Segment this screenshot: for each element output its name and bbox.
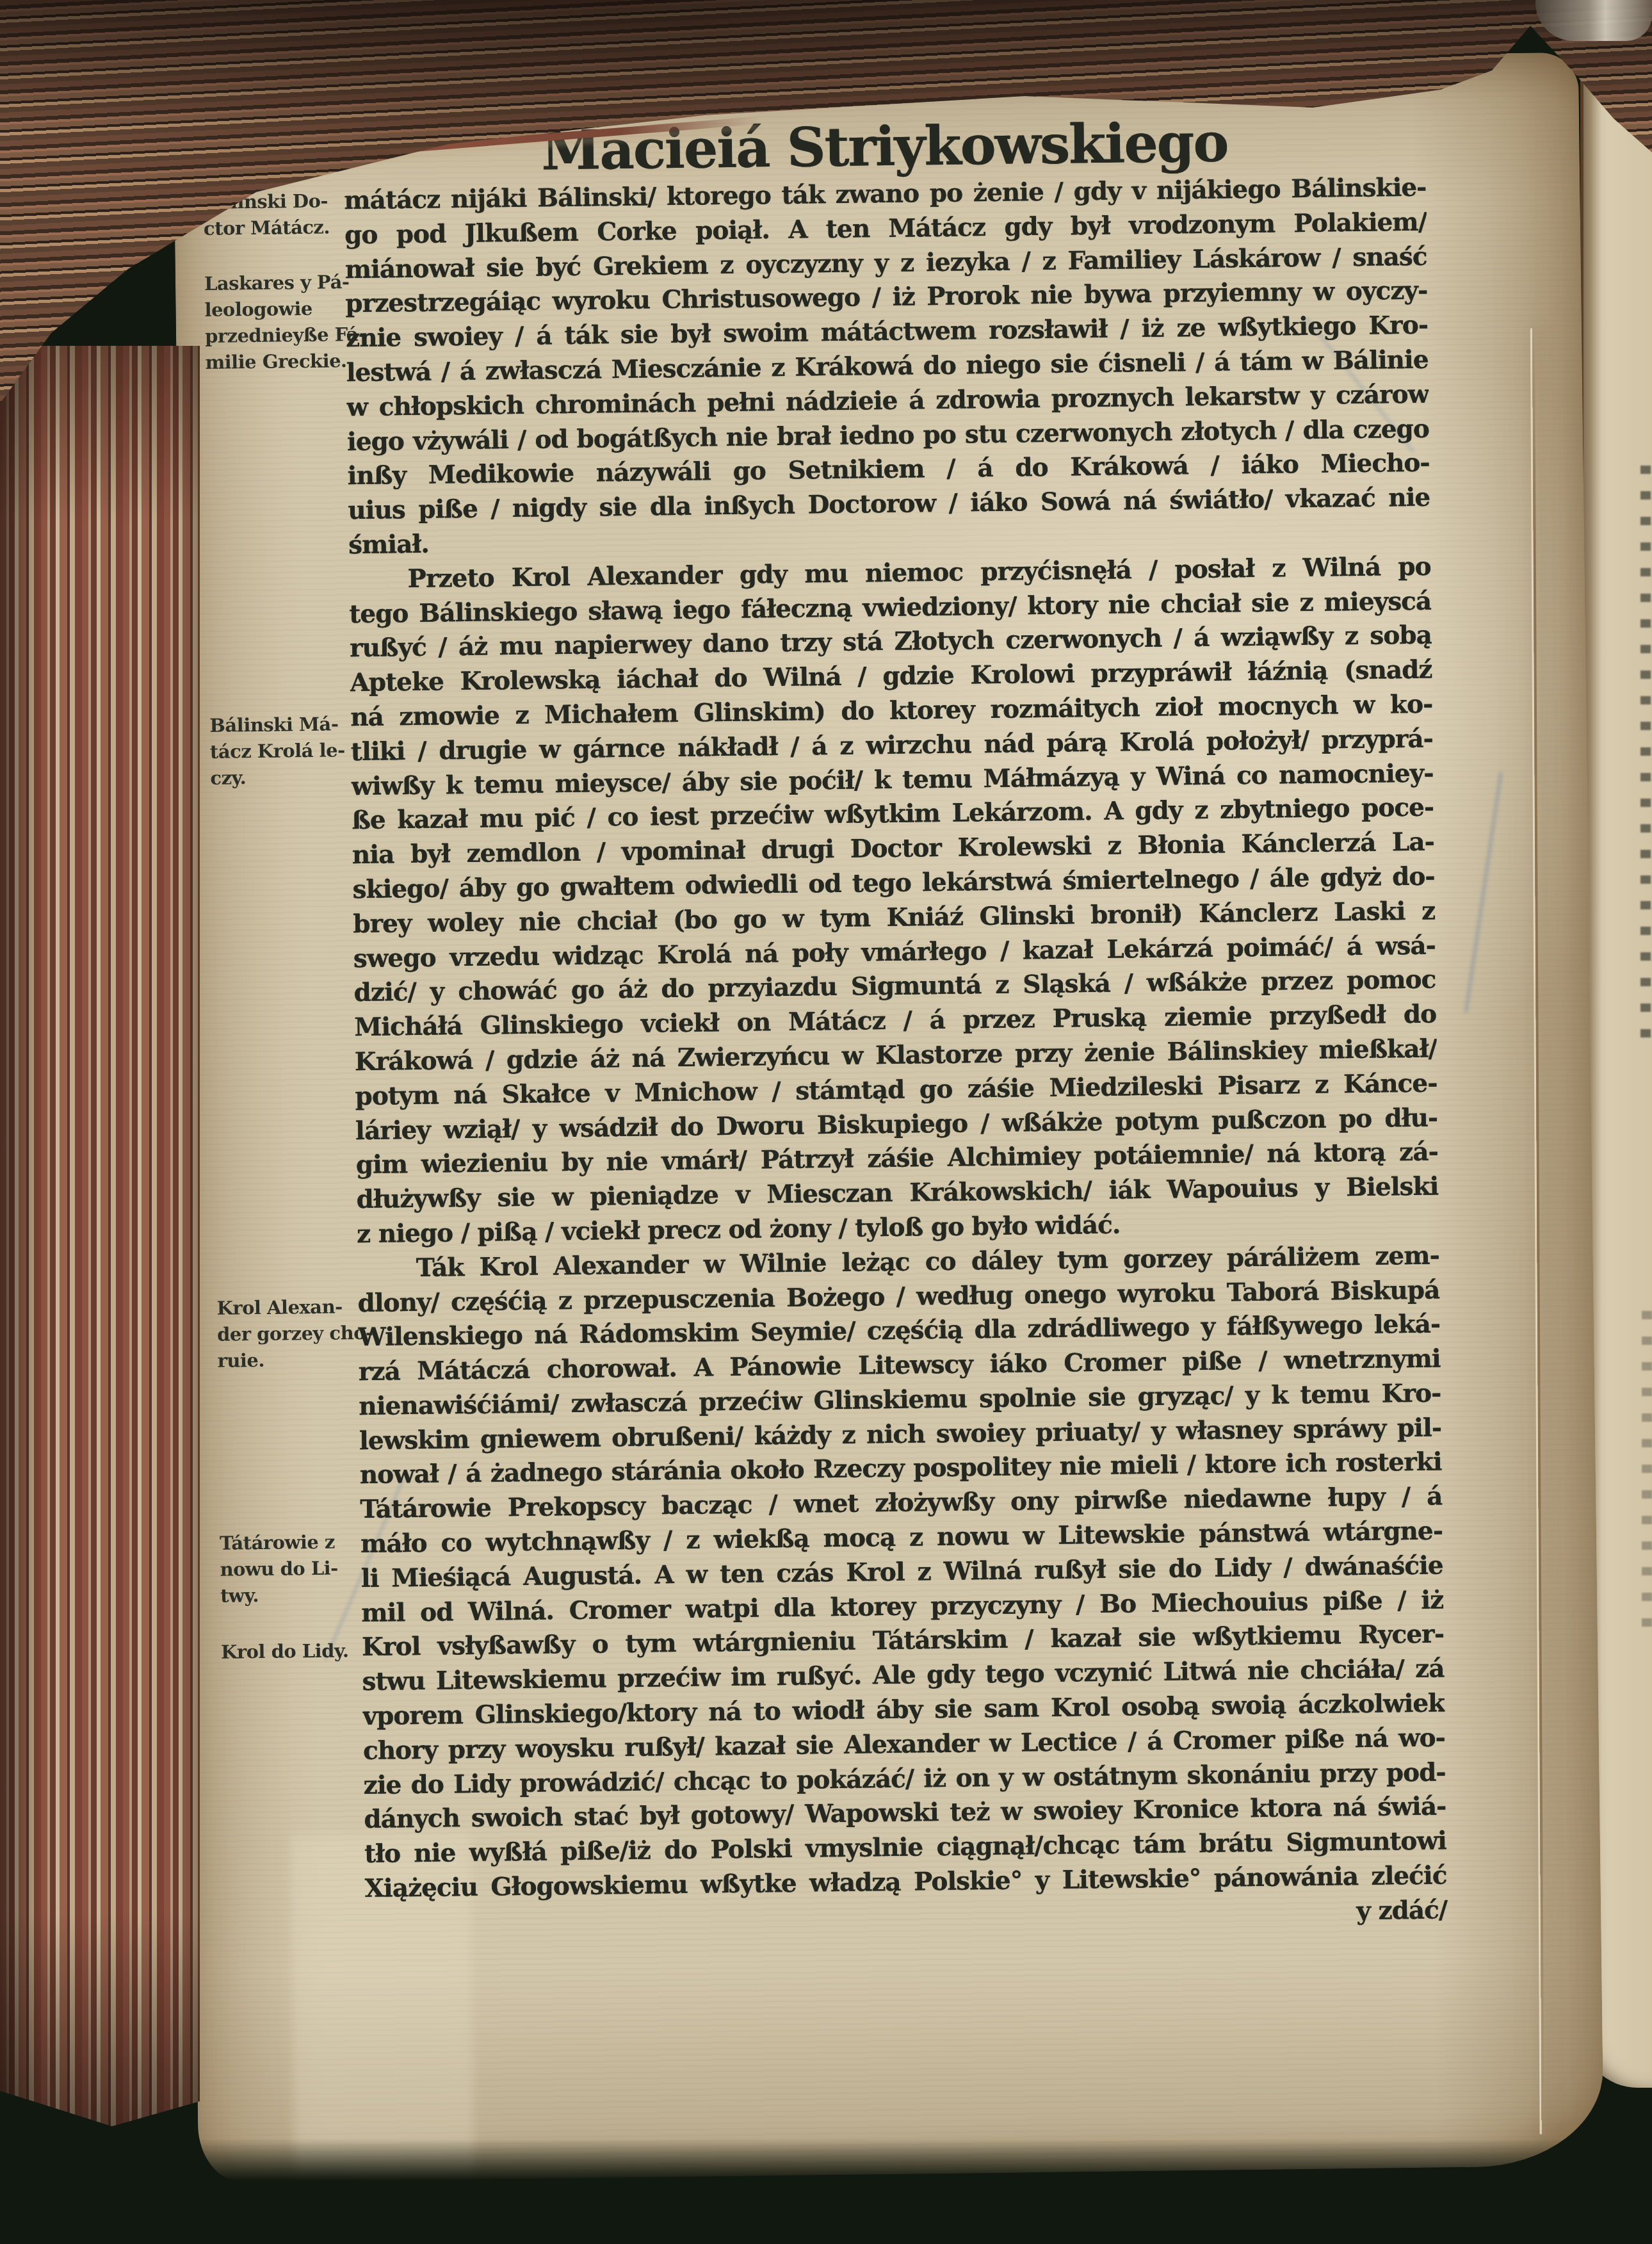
margin-note-line: nowu do Li-	[220, 1555, 360, 1583]
margin-note-line: Bálinski Má-	[209, 711, 350, 739]
margin-note-line: Laskares y Pá-	[204, 269, 345, 297]
facing-page-text-showthrough	[1642, 1306, 1652, 1627]
book-headband	[1535, 0, 1652, 41]
margin-note-line: Tátárowie z	[220, 1529, 360, 1557]
facing-page-text-showthrough	[1640, 461, 1651, 1037]
margin-note-line: przednieyße Fá-	[205, 321, 346, 350]
margin-note-line: Krol do Lidy.	[221, 1638, 362, 1666]
margin-note: Bálinski Má-tácz Krolá le-czy.	[209, 711, 351, 792]
page-crease	[1532, 329, 1544, 2134]
margin-note-line: milie Greckie.	[205, 348, 346, 376]
margin-note-line: ruie.	[217, 1346, 358, 1374]
book-page: Macieiá Striykowskiego 698. Macieiá Stri…	[173, 53, 1604, 2183]
margin-note-line: twy.	[220, 1581, 361, 1609]
margin-note-line: ctor Mátácz.	[204, 214, 344, 242]
margin-note-line: czy.	[210, 763, 351, 792]
book-left-edge-stack	[0, 346, 200, 2126]
margin-note: Krol Alexan-der gorzey cho-ruie.	[216, 1294, 358, 1374]
book-photo-scene: Macieiá Striykowskiego 698. Macieiá Stri…	[0, 0, 1652, 2244]
margin-note: Krol do Lidy.	[221, 1638, 362, 1666]
background-shadow	[0, 2139, 1652, 2244]
margin-note: Laskares y Pá-leologowieprzednieyße Fá-m…	[204, 269, 346, 376]
blue-ink-stain	[1464, 772, 1503, 1013]
margin-note-line: Krol Alexan-	[216, 1294, 357, 1322]
margin-note-line: leologowie	[204, 295, 345, 323]
body-text: mátácz nijáki Bálinski/ ktorego ták zwan…	[344, 173, 1447, 1908]
margin-note-line: der gorzey cho-	[217, 1320, 358, 1348]
margin-note: Tátárowie znowu do Li-twy.	[220, 1529, 361, 1609]
margin-note-line: tácz Krolá le-	[210, 737, 351, 765]
